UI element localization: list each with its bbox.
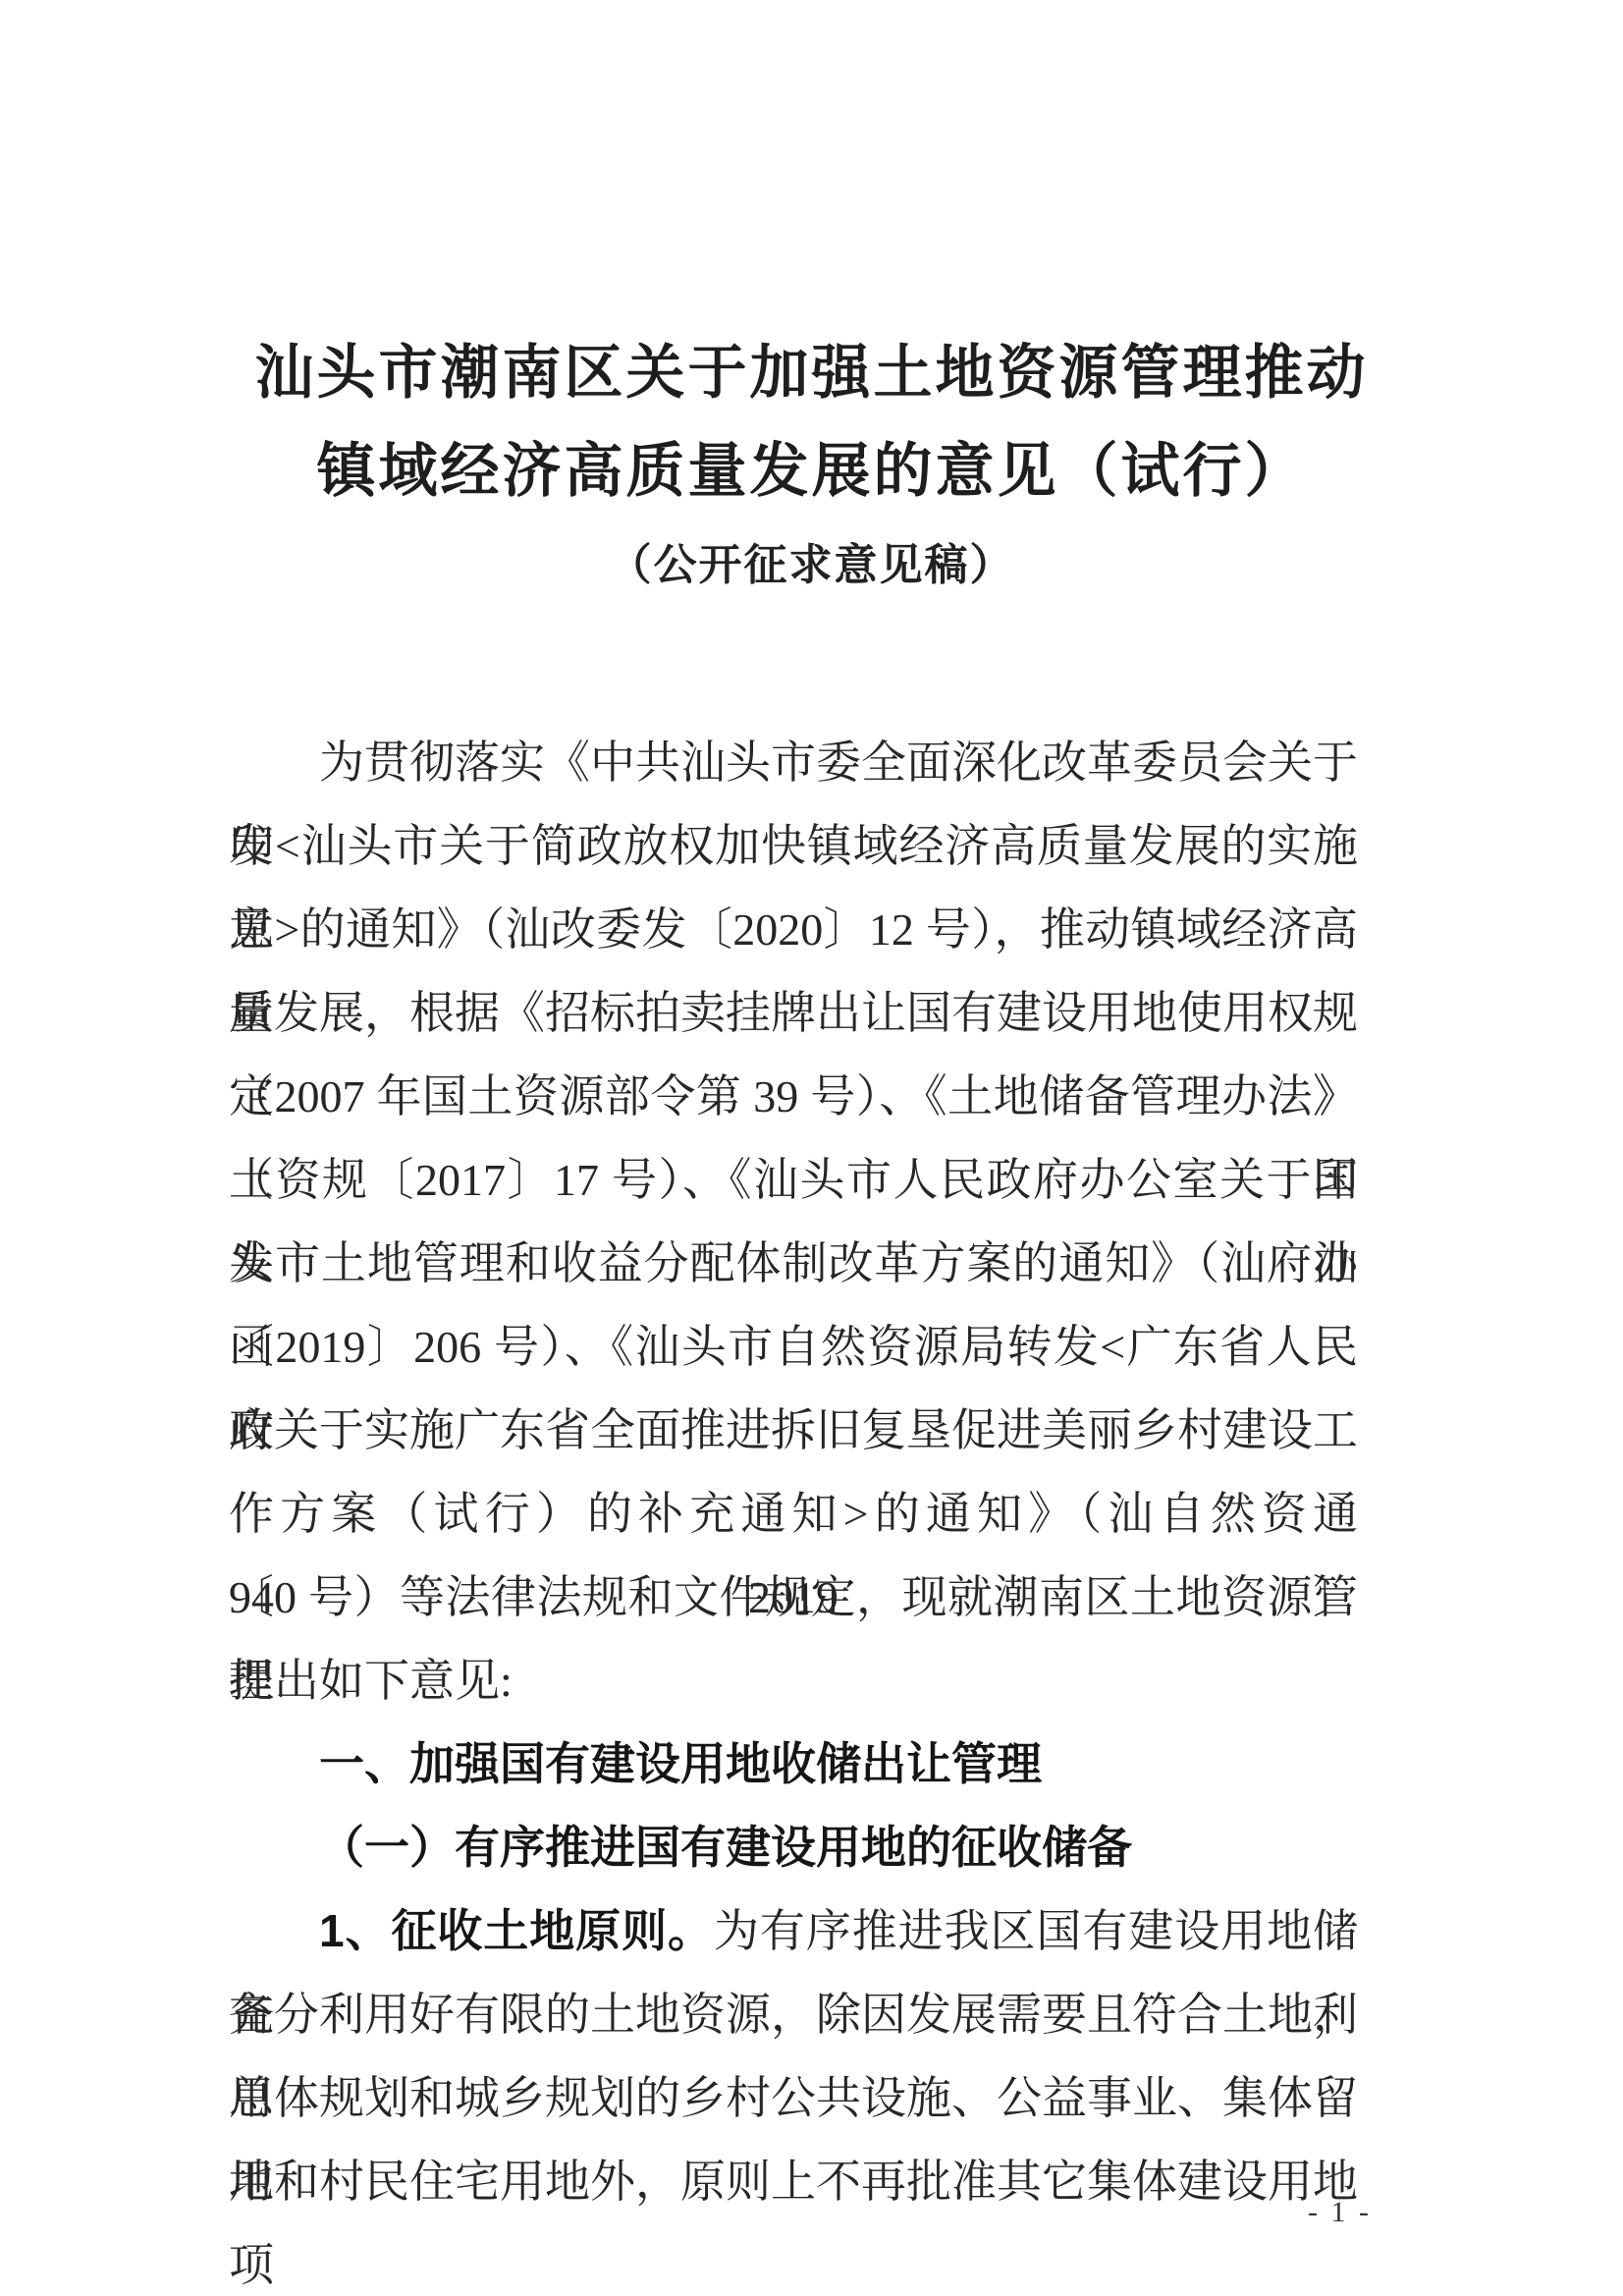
body-line: 〔2019〕206 号）、《汕头市自然资源局转发<广东省人民政 — [229, 1305, 1358, 1389]
body-line: 见>的通知》（汕改委发〔2020〕12 号），推动镇域经济高质 — [229, 888, 1358, 971]
body-line: 1、征收土地原则。为有序推进我区国有建设用地储备， — [229, 1889, 1358, 1973]
document-subtitle: （公开征求意见稿） — [0, 536, 1623, 595]
section-heading: 一、加强国有建设用地收储出让管理 — [229, 1722, 1358, 1806]
title-line-1: 汕头市潮南区关于加强土地资源管理推动 — [0, 324, 1623, 422]
page-number: - 1 - — [1308, 2196, 1372, 2229]
body-text: 为贯彻落实《中共汕头市委全面深化改革委员会关于印 发<汕头市关于简政放权加快镇域… — [229, 721, 1358, 2223]
body-line: 为贯彻落实《中共汕头市委全面深化改革委员会关于印 — [229, 721, 1358, 804]
item-lead-bold: 1、征收土地原则。 — [319, 1905, 714, 1956]
body-line: 作方案（试行）的补充通知>的通知》（汕自然资通〔2019〕 — [229, 1472, 1358, 1556]
subsection-heading: （一）有序推进国有建设用地的征收储备 — [229, 1806, 1358, 1889]
body-line: 940 号）等法律法规和文件规定，现就潮南区土地资源管理 — [229, 1556, 1358, 1639]
body-line: 头市土地管理和收益分配体制改革方案的通知》（汕府办函 — [229, 1222, 1358, 1305]
title-line-2: 镇域经济高质量发展的意见（试行） — [0, 422, 1623, 520]
body-line: 量发展，根据《招标拍卖挂牌出让国有建设用地使用权规定》 — [229, 971, 1358, 1055]
body-line: 土资规〔2017〕17 号）、《汕头市人民政府办公室关于印发汕 — [229, 1138, 1358, 1222]
body-line: 地和村民住宅用地外，原则上不再批准其它集体建设用地项 — [229, 2140, 1358, 2223]
document-title: 汕头市潮南区关于加强土地资源管理推动 镇域经济高质量发展的意见（试行） — [0, 324, 1623, 520]
body-line: 充分利用好有限的土地资源，除因发展需要且符合土地利用 — [229, 1973, 1358, 2056]
document-page: 汕头市潮南区关于加强土地资源管理推动 镇域经济高质量发展的意见（试行） （公开征… — [0, 0, 1623, 2296]
body-line: （2007 年国土资源部令第 39 号）、《土地储备管理办法》（国 — [229, 1055, 1358, 1138]
body-line: 提出如下意见: — [229, 1639, 1358, 1722]
body-line: 总体规划和城乡规划的乡村公共设施、公益事业、集体留用 — [229, 2056, 1358, 2140]
body-line: 发<汕头市关于简政放权加快镇域经济高质量发展的实施意 — [229, 804, 1358, 888]
body-line: 府关于实施广东省全面推进拆旧复垦促进美丽乡村建设工 — [229, 1389, 1358, 1472]
